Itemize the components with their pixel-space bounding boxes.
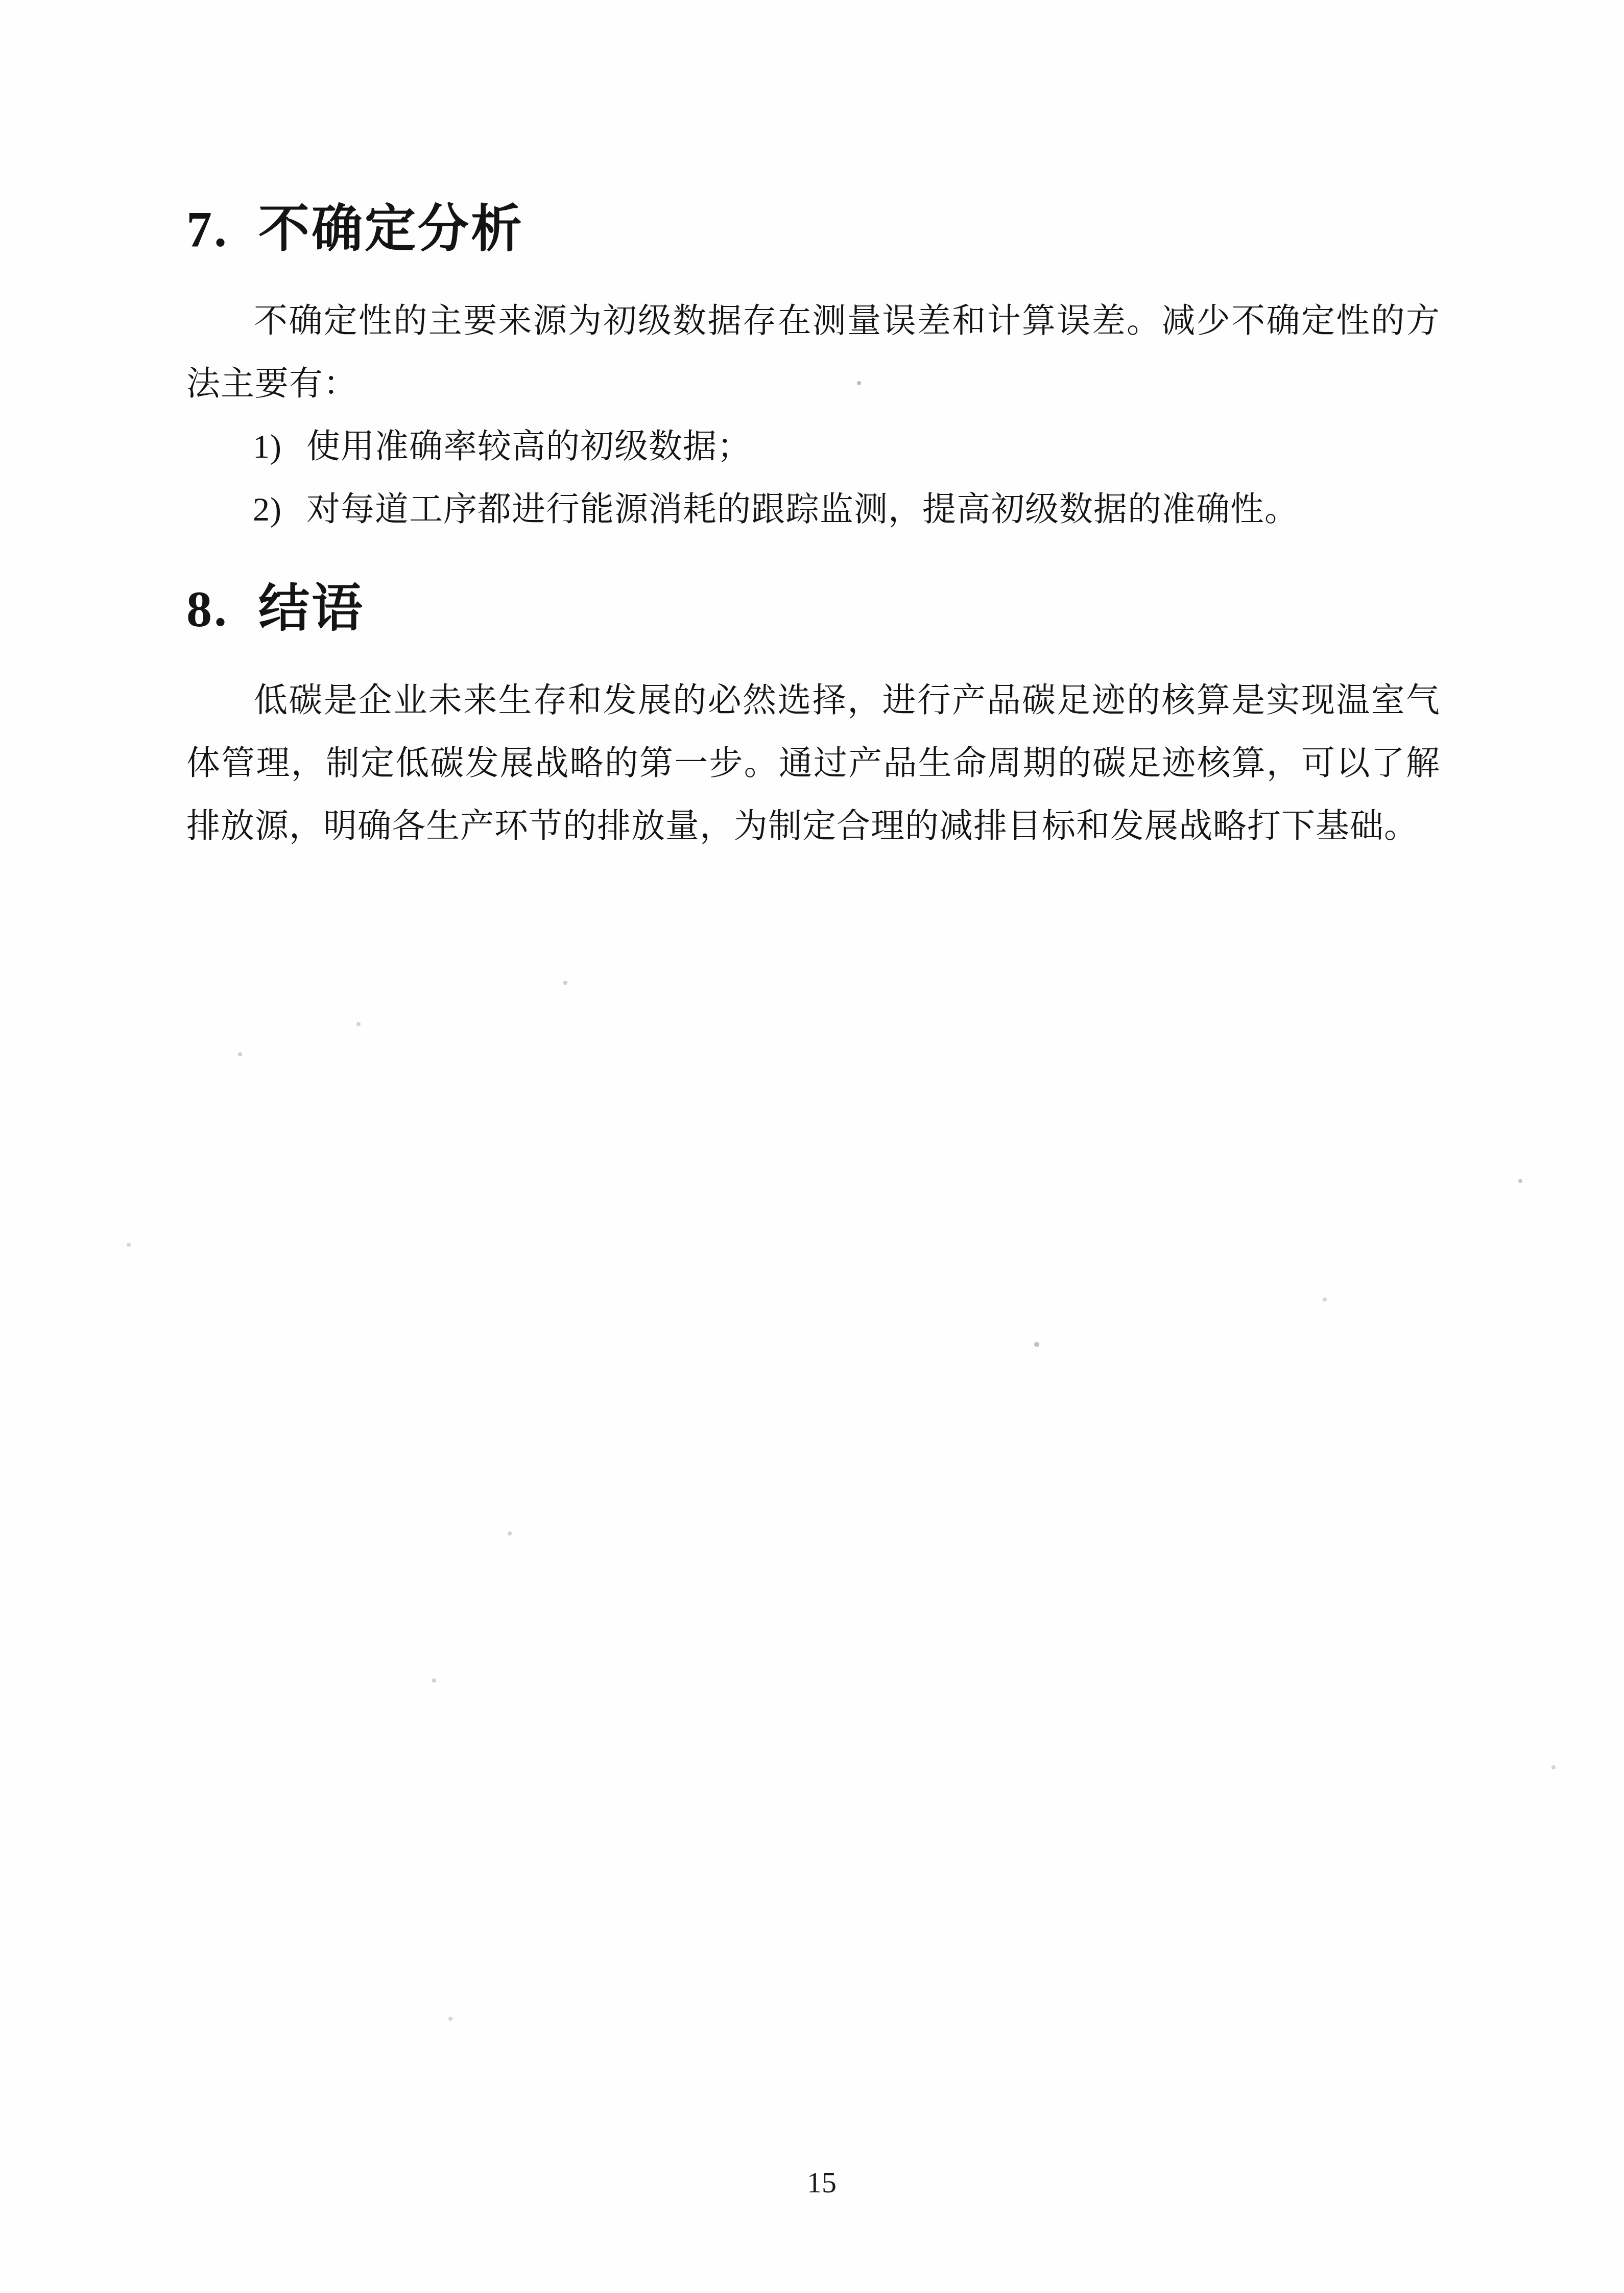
- section-7-intro-paragraph: 不确定性的主要来源为初级数据存在测量误差和计算误差。减少不确定性的方法主要有：: [186, 290, 1440, 415]
- section-7-heading: 7.不确定分析: [186, 198, 1440, 260]
- section-8-body-paragraph: 低碳是企业未来生存和发展的必然选择，进行产品碳足迹的核算是实现温室气体管理，制定…: [186, 669, 1440, 858]
- section-8-heading: 8.结语: [186, 578, 1440, 640]
- scan-noise-specks: [0, 0, 2, 2]
- list-item: 2)对每道工序都进行能源消耗的跟踪监测，提高初级数据的准确性。: [186, 478, 1440, 541]
- list-item-marker: 1): [253, 415, 306, 478]
- section-8-title: 结语: [258, 580, 365, 637]
- section-7-title: 不确定分析: [258, 200, 524, 257]
- list-item: 1)使用准确率较高的初级数据；: [186, 415, 1440, 478]
- list-item-text: 对每道工序都进行能源消耗的跟踪监测，提高初级数据的准确性。: [306, 491, 1299, 528]
- section-7-number: 7.: [186, 199, 229, 260]
- list-item-marker: 2): [253, 478, 306, 541]
- section-8-number: 8.: [186, 578, 229, 640]
- list-item-text: 使用准确率较高的初级数据；: [306, 428, 751, 465]
- page-content: 7.不确定分析 不确定性的主要来源为初级数据存在测量误差和计算误差。减少不确定性…: [0, 0, 1624, 858]
- page-number: 15: [807, 2167, 837, 2198]
- document-page: 7.不确定分析 不确定性的主要来源为初级数据存在测量误差和计算误差。减少不确定性…: [0, 0, 1624, 2293]
- section-7-list: 1)使用准确率较高的初级数据； 2)对每道工序都进行能源消耗的跟踪监测，提高初级…: [186, 415, 1440, 541]
